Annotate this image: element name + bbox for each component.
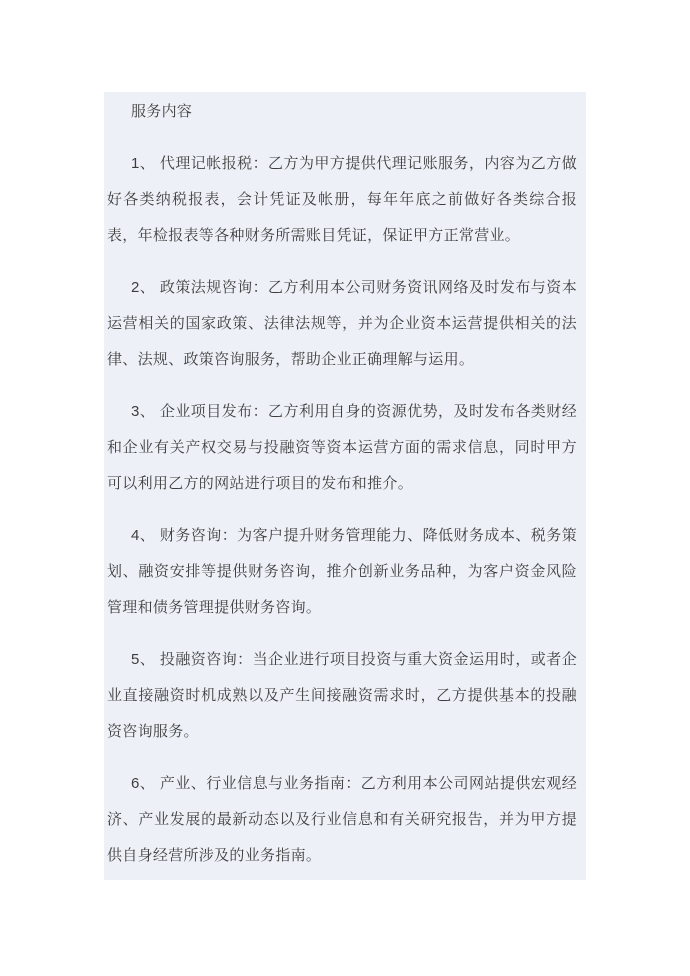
service-item-2: 2、 政策法规咨询：乙方利用本公司财务资讯网络及时发布与资本运营相关的国家政策、…: [107, 270, 577, 378]
document-content-panel: 服务内容 1、 代理记帐报税：乙方为甲方提供代理记账服务，内容为乙方做好各类纳税…: [104, 92, 586, 880]
service-item-6: 6、 产业、行业信息与业务指南：乙方利用本公司网站提供宏观经济、产业发展的最新动…: [107, 766, 577, 874]
service-item-5: 5、 投融资咨询：当企业进行项目投资与重大资金运用时，或者企业直接融资时机成熟以…: [107, 642, 577, 750]
section-title: 服务内容: [107, 94, 577, 130]
service-item-4: 4、 财务咨询：为客户提升财务管理能力、降低财务成本、税务策划、融资安排等提供财…: [107, 518, 577, 626]
service-item-1: 1、 代理记帐报税：乙方为甲方提供代理记账服务，内容为乙方做好各类纳税报表，会计…: [107, 146, 577, 254]
service-item-3: 3、 企业项目发布：乙方利用自身的资源优势，及时发布各类财经和企业有关产权交易与…: [107, 394, 577, 502]
page-background: { "document": { "title": "服务内容", "paragr…: [0, 0, 690, 976]
